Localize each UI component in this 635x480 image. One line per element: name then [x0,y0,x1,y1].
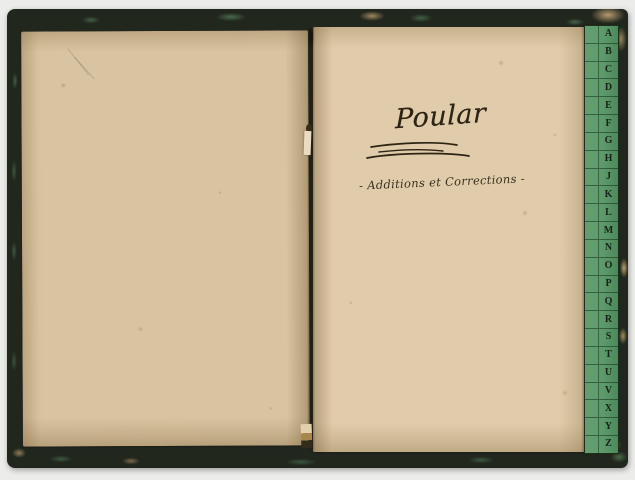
tab-letter: Y [599,418,618,435]
tab-stub [585,62,599,79]
tab-letter: V [599,383,618,400]
alphabet-tab-Y: Y [585,418,618,436]
handwritten-subtitle: - Additions et Corrections - [359,171,525,192]
alphabet-tab-T: T [585,347,618,365]
alphabet-tab-N: N [585,240,618,258]
tab-letter: A [599,26,618,43]
alphabet-tab-K: K [585,186,618,204]
tab-stub [585,436,599,453]
alphabet-tab-O: O [585,258,618,276]
spine-gutter [307,28,315,450]
tab-stub [585,240,599,257]
tab-stub [585,115,599,132]
bottom-edge-tear [301,424,313,448]
tab-letter: F [599,115,618,132]
tab-stub [585,311,599,328]
alphabet-tab-J: J [585,169,618,187]
tab-letter: R [599,311,618,328]
tab-letter: T [599,347,618,364]
tab-letter: P [599,276,618,293]
left-page [21,30,310,446]
tab-stub [585,97,599,114]
alphabet-tab-G: G [585,133,618,151]
tab-stub [585,276,599,293]
handwritten-title: Poular [395,98,486,135]
tab-letter: N [599,240,618,257]
alphabet-tab-U: U [585,365,618,383]
tab-stub [585,133,599,150]
tab-letter: O [599,258,618,275]
alphabet-tab-D: D [585,79,618,97]
tab-stub [585,329,599,346]
alphabet-tab-E: E [585,97,618,115]
tab-letter: J [599,169,618,186]
tab-letter: G [599,133,618,150]
alphabet-tab-S: S [585,329,618,347]
alphabet-tab-F: F [585,115,618,133]
tab-stub [585,400,599,417]
tab-stub [585,347,599,364]
alphabet-tab-H: H [585,151,618,169]
pencil-mark [74,56,95,79]
tab-stub [585,418,599,435]
alphabet-tab-A: A [585,26,618,44]
alphabet-tab-M: M [585,222,618,240]
alphabet-tab-P: P [585,276,618,294]
tab-stub [585,151,599,168]
tab-stub [585,383,599,400]
tab-letter: D [599,79,618,96]
tab-stub [585,258,599,275]
right-page: Poular - Additions et Corrections - [313,27,586,452]
tab-letter: S [599,329,618,346]
tab-letter: Z [599,436,618,453]
alphabet-tab-Z: Z [585,436,618,453]
alphabet-tab-X: X [585,400,618,418]
alphabet-tab-L: L [585,204,618,222]
tab-letter: L [599,204,618,221]
tab-stub [585,222,599,239]
tab-stub [585,79,599,96]
scanned-book-photo: Poular - Additions et Corrections - ABCD… [0,0,635,480]
alphabet-tab-index: ABCDEFGHJKLMNOPQRSTUVXYZ [584,25,619,454]
tab-stub [585,186,599,203]
tab-stub [585,293,599,310]
alphabet-tab-R: R [585,311,618,329]
alphabet-tab-C: C [585,62,618,80]
title-underline-flourish [363,139,475,165]
tab-stub [585,204,599,221]
tab-letter: C [599,62,618,79]
tab-letter: U [599,365,618,382]
alphabet-tab-V: V [585,383,618,401]
tab-stub [585,365,599,382]
tab-stub [585,169,599,186]
tab-letter: B [599,44,618,61]
tab-stub [585,26,599,43]
alphabet-tab-Q: Q [585,293,618,311]
tab-letter: K [599,186,618,203]
tab-letter: Q [599,293,618,310]
alphabet-tab-B: B [585,44,618,62]
tab-stub [585,44,599,61]
gutter-tear-flap [304,131,312,155]
tab-letter: E [599,97,618,114]
tab-letter: M [599,222,618,239]
tab-letter: X [599,400,618,417]
tab-letter: H [599,151,618,168]
